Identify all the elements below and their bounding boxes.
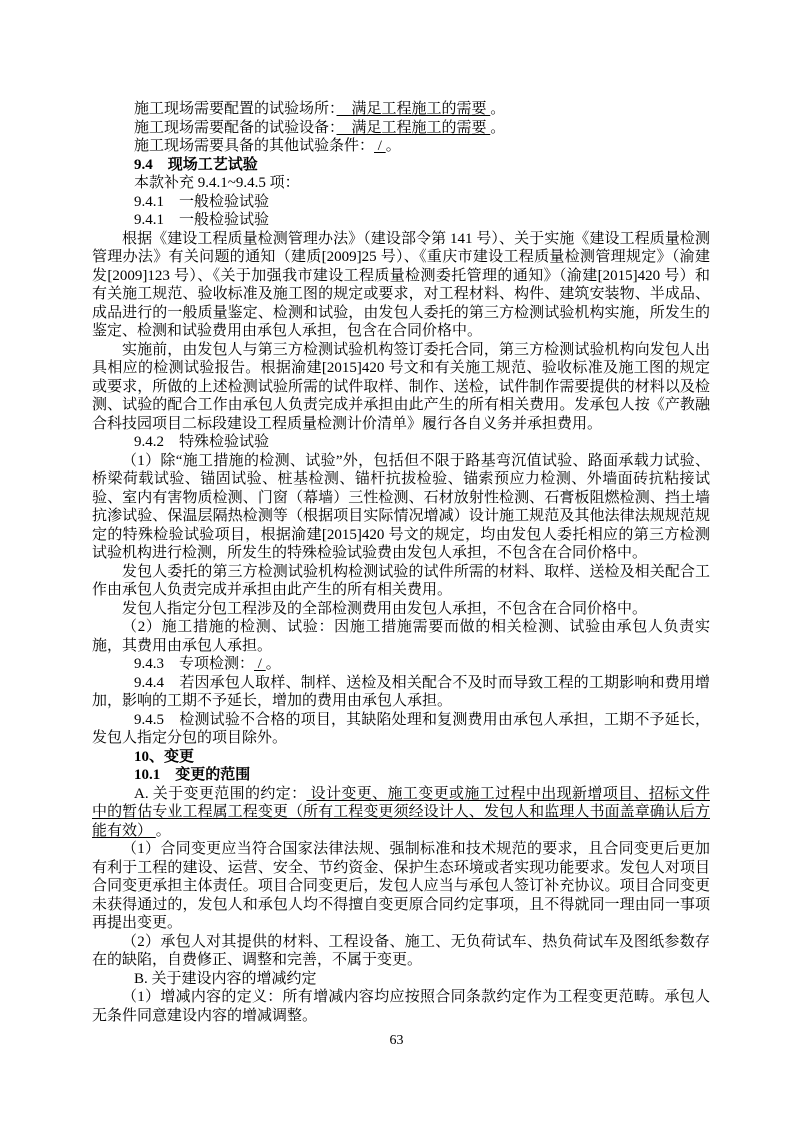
text-run: 9.4.1 一般检验试验	[134, 212, 269, 228]
text-run: 本款补充 9.4.1~9.4.5 项：	[134, 175, 300, 191]
text-run: 。	[490, 120, 505, 136]
paragraph: 9.4.4 若因承包人取样、制样、送检及相关配合不及时而导致工程的工期影响和费用…	[92, 674, 710, 711]
paragraph: 9.4.2 特殊检验试验	[92, 433, 710, 452]
text-run: （1）增减内容的定义：所有增减内容均应按照合同条款约定作为工程变更范畴。承包人无…	[92, 989, 710, 1024]
text-run: 根据《建设工程质量检测管理办法》（建设部令第 141 号）、关于实施《建设工程质…	[92, 231, 710, 340]
paragraph: 9.4.1 一般检验试验	[92, 211, 710, 230]
paragraph: 施工现场需要具备的其他试验条件： / 。	[92, 137, 710, 156]
paragraph: 施工现场需要配备的试验设备： 满足工程施工的需要 。	[92, 119, 710, 138]
paragraph: 本款补充 9.4.1~9.4.5 项：	[92, 174, 710, 193]
text-run: B. 关于建设内容的增减约定	[134, 971, 317, 987]
text-run: 施工现场需要配备的试验设备：	[134, 120, 337, 136]
paragraph: （2）施工措施的检测、试验：因施工措施需要而做的相关检测、试验由承包人负责实施，…	[92, 618, 710, 655]
text-run: 施工现场需要配置的试验场所：	[134, 101, 337, 117]
text-run: （1）合同变更应当符合国家法律法规、强制标准和技术规范的要求，且合同变更后更加有…	[92, 841, 710, 931]
text-run: 9.4.2 特殊检验试验	[134, 434, 269, 450]
paragraph: （1）除“施工措施的检测、试验”外，包括但不限于路基弯沉值试验、路面承载力试验、…	[92, 452, 710, 563]
text-run: 实施前，由发包人与第三方检测试验机构签订委托合同，第三方检测试验机构向发包人出具…	[92, 342, 710, 432]
paragraph: （2）承包人对其提供的材料、工程设备、施工、无负荷试车、热负荷试车及图纸参数存在…	[92, 933, 710, 970]
text-run: A. 关于变更范围的约定：	[134, 786, 306, 802]
paragraph: B. 关于建设内容的增减约定	[92, 970, 710, 989]
text-run: （1）除“施工措施的检测、试验”外，包括但不限于路基弯沉值试验、路面承载力试验、…	[92, 453, 710, 562]
text-run: 10、变更	[134, 749, 194, 765]
text-run: （2）施工措施的检测、试验：因施工措施需要而做的相关检测、试验由承包人负责实施，…	[92, 619, 710, 654]
text-run: 发包人指定分包工程涉及的全部检测费用由发包人承担，不包含在合同价格中。	[122, 601, 647, 617]
text-run: 9.4 现场工艺试验	[134, 157, 258, 173]
text-run: 10.1 变更的范围	[134, 767, 250, 783]
paragraph: 发包人委托的第三方检测试验机构检测试验的试件所需的材料、取样、送检及相关配合工作…	[92, 563, 710, 600]
text-run: （2）承包人对其提供的材料、工程设备、施工、无负荷试车、热负荷试车及图纸参数存在…	[92, 934, 710, 969]
paragraph: 根据《建设工程质量检测管理办法》（建设部令第 141 号）、关于实施《建设工程质…	[92, 230, 710, 341]
section-heading: 10.1 变更的范围	[92, 766, 710, 785]
paragraph: 9.4.1 一般检验试验	[92, 193, 710, 212]
section-heading: 9.4 现场工艺试验	[92, 156, 710, 175]
paragraph: 9.4.3 专项检测： / 。	[92, 655, 710, 674]
filled-blank: 满足工程施工的需要	[337, 101, 491, 117]
document-body: 施工现场需要配置的试验场所： 满足工程施工的需要 。施工现场需要配备的试验设备：…	[92, 100, 710, 1025]
paragraph: 发包人指定分包工程涉及的全部检测费用由发包人承担，不包含在合同价格中。	[92, 600, 710, 619]
paragraph: 实施前，由发包人与第三方检测试验机构签订委托合同，第三方检测试验机构向发包人出具…	[92, 341, 710, 434]
filled-blank: /	[254, 656, 266, 672]
paragraph: （1）增减内容的定义：所有增减内容均应按照合同条款约定作为工程变更范畴。承包人无…	[92, 988, 710, 1025]
page-number: 63	[0, 1033, 793, 1049]
paragraph: （1）合同变更应当符合国家法律法规、强制标准和技术规范的要求，且合同变更后更加有…	[92, 840, 710, 933]
text-run: 。	[266, 656, 281, 672]
text-run: 。	[156, 823, 171, 839]
text-run: 施工现场需要具备的其他试验条件：	[134, 138, 374, 154]
filled-blank: /	[374, 138, 386, 154]
text-run: 。	[490, 101, 505, 117]
text-run: 9.4.1 一般检验试验	[134, 194, 269, 210]
text-run: 发包人委托的第三方检测试验机构检测试验的试件所需的材料、取样、送检及相关配合工作…	[92, 564, 710, 599]
paragraph: A. 关于变更范围的约定： 设计变更、施工变更或施工过程中出现新增项目、招标文件…	[92, 785, 710, 841]
text-run: 9.4.4 若因承包人取样、制样、送检及相关配合不及时而导致工程的工期影响和费用…	[92, 675, 710, 710]
section-heading: 10、变更	[92, 748, 710, 767]
text-run: 9.4.3 专项检测：	[134, 656, 254, 672]
paragraph: 9.4.5 检测试验不合格的项目，其缺陷处理和复测费用由承包人承担，工期不予延长…	[92, 711, 710, 748]
filled-blank: 满足工程施工的需要	[337, 120, 491, 136]
paragraph: 施工现场需要配置的试验场所： 满足工程施工的需要 。	[92, 100, 710, 119]
text-run: 9.4.5 检测试验不合格的项目，其缺陷处理和复测费用由承包人承担，工期不予延长…	[92, 712, 710, 747]
text-run: 。	[386, 138, 401, 154]
document-page: 施工现场需要配置的试验场所： 满足工程施工的需要 。施工现场需要配备的试验设备：…	[0, 0, 793, 1122]
